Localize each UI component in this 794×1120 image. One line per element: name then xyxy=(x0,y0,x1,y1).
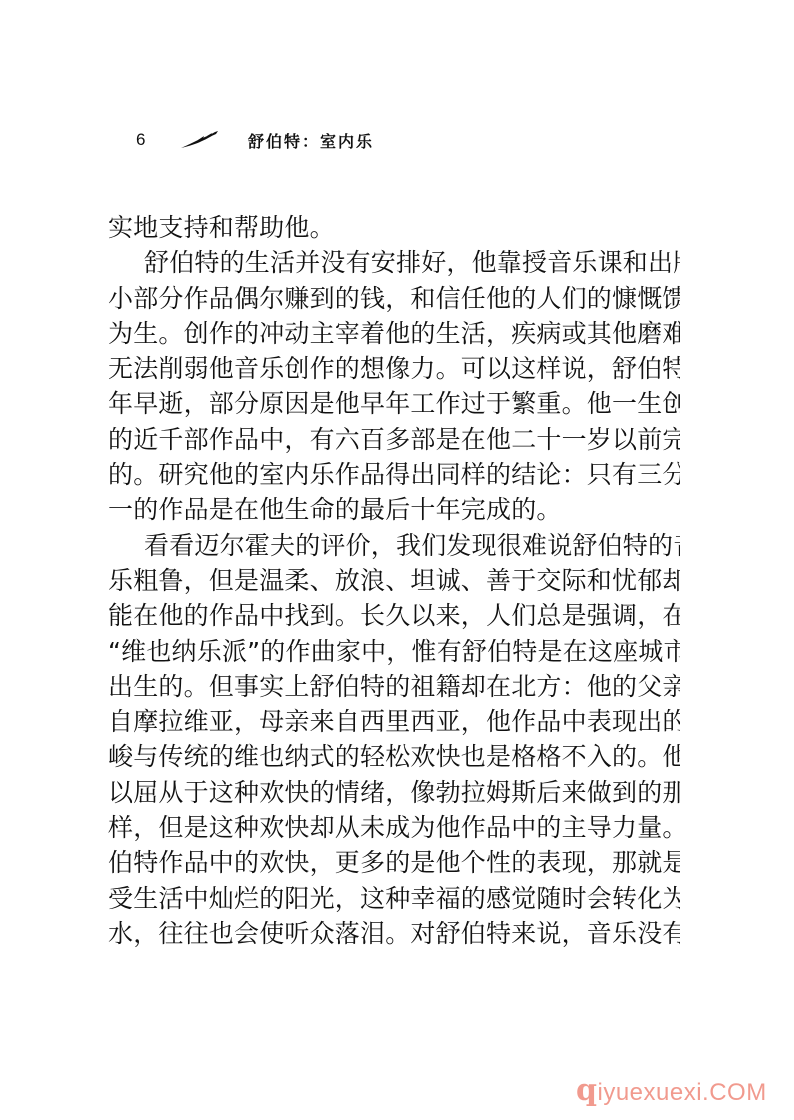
text-line: 峻与传统的维也纳式的轻松欢快也是格格不入的。他可 xyxy=(108,739,680,774)
text-line: 样，但是这种欢快却从未成为他作品中的主导力量。舒 xyxy=(108,810,680,845)
text-line: 为生。创作的冲动主宰着他的生活，疾病或其他磨难都 xyxy=(108,316,680,351)
text-line: 实地支持和帮助他。 xyxy=(108,210,680,245)
text-line: 小部分作品偶尔赚到的钱，和信任他的人们的慷慨馈赠 xyxy=(108,281,680,316)
text-line: 以屈从于这种欢快的情绪，像勃拉姆斯后来做到的那 xyxy=(108,775,680,810)
text-line: 舒伯特的生活并没有安排好，他靠授音乐课和出版 xyxy=(108,245,680,280)
text-line: 无法削弱他音乐创作的想像力。可以这样说，舒伯特英 xyxy=(108,351,680,386)
text-line: 的。研究他的室内乐作品得出同样的结论：只有三分之 xyxy=(108,457,680,492)
text-line: 年早逝，部分原因是他早年工作过于繁重。他一生创作 xyxy=(108,386,680,421)
page-number: 6 xyxy=(136,130,176,150)
running-head-title: 舒伯特：室内乐 xyxy=(248,129,374,152)
text-line: 出生的。但事实上舒伯特的祖籍却在北方：他的父亲来 xyxy=(108,669,680,704)
text-line: 伯特作品中的欢快，更多的是他个性的表现，那就是享 xyxy=(108,845,680,880)
text-line: “维也纳乐派”的作曲家中，惟有舒伯特是在这座城市 xyxy=(108,634,680,669)
text-line: 乐粗鲁，但是温柔、放浪、坦诚、善于交际和忧郁却都 xyxy=(108,563,680,598)
quill-icon xyxy=(180,130,220,150)
text-line: 一的作品是在他生命的最后十年完成的。 xyxy=(108,492,680,527)
text-line: 水，往往也会使听众落泪。对舒伯特来说，音乐没有严 xyxy=(108,916,680,951)
text-line: 看看迈尔霍夫的评价，我们发现很难说舒伯特的音 xyxy=(108,528,680,563)
watermark-q: q xyxy=(576,1073,597,1108)
text-line: 的近千部作品中，有六百多部是在他二十一岁以前完成 xyxy=(108,422,680,457)
body-text: 实地支持和帮助他。 舒伯特的生活并没有安排好，他靠授音乐课和出版 小部分作品偶尔… xyxy=(108,210,680,951)
text-line: 自摩拉维亚，母亲来自西里西亚，他作品中表现出的冷 xyxy=(108,704,680,739)
watermark-text: iyuexuexi.COM xyxy=(597,1079,766,1106)
text-line: 受生活中灿烂的阳光，这种幸福的感觉随时会转化为泪 xyxy=(108,881,680,916)
text-line: 能在他的作品中找到。长久以来，人们总是强调，在 xyxy=(108,598,680,633)
watermark-logo: qiyuexuexi.COM xyxy=(576,1073,767,1108)
running-head: 6 舒伯特：室内乐 xyxy=(136,128,374,152)
